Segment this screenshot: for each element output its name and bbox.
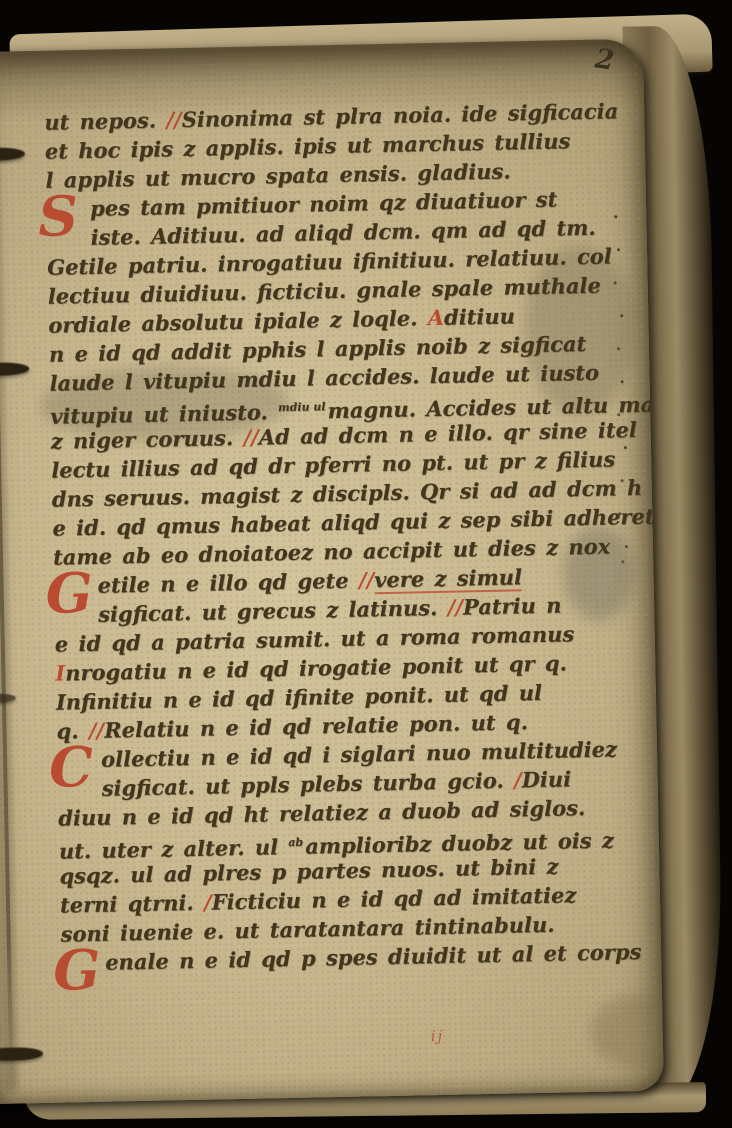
- rubric-mark: //: [447, 594, 463, 619]
- manuscript-page: 2 ut nepos. //Sinonima st plra noia. ide…: [0, 39, 664, 1104]
- rubric-mark: I: [55, 660, 65, 685]
- text-segment: ut nepos.: [44, 107, 167, 134]
- text-segment: mdiu ul: [278, 400, 326, 414]
- rubric-mark: //: [166, 107, 182, 132]
- manuscript-photo: 2 ut nepos. //Sinonima st plra noia. ide…: [0, 0, 732, 1128]
- quire-signature: ij: [431, 1027, 445, 1045]
- text-segment: terni qtrni.: [60, 890, 204, 918]
- rubric-initial: G: [53, 945, 101, 996]
- rubric-mark: //: [359, 567, 375, 592]
- text-segment: ditiuu: [444, 303, 515, 329]
- rubric-mark: A: [427, 305, 444, 330]
- sewing-support: [0, 362, 29, 376]
- text-block: ut nepos. //Sinonima st plra noia. ide s…: [44, 96, 636, 977]
- folio-number: 2: [593, 43, 616, 76]
- sewing-support: [0, 147, 25, 161]
- parchment-stain: [590, 993, 664, 1070]
- text-segment: z niger coruus.: [50, 425, 243, 454]
- text-segment: vere z simul: [374, 564, 522, 594]
- sewing-support: [0, 1047, 43, 1061]
- text-segment: Diui: [521, 766, 571, 792]
- text-segment: ab: [288, 836, 303, 849]
- sewing-support: [0, 693, 16, 703]
- text-segment: etile n e illo qd gete: [97, 568, 359, 598]
- rubric-mark: //: [243, 425, 259, 450]
- binding-gutter: [0, 86, 14, 1090]
- text-segment: Patriu n: [463, 592, 562, 619]
